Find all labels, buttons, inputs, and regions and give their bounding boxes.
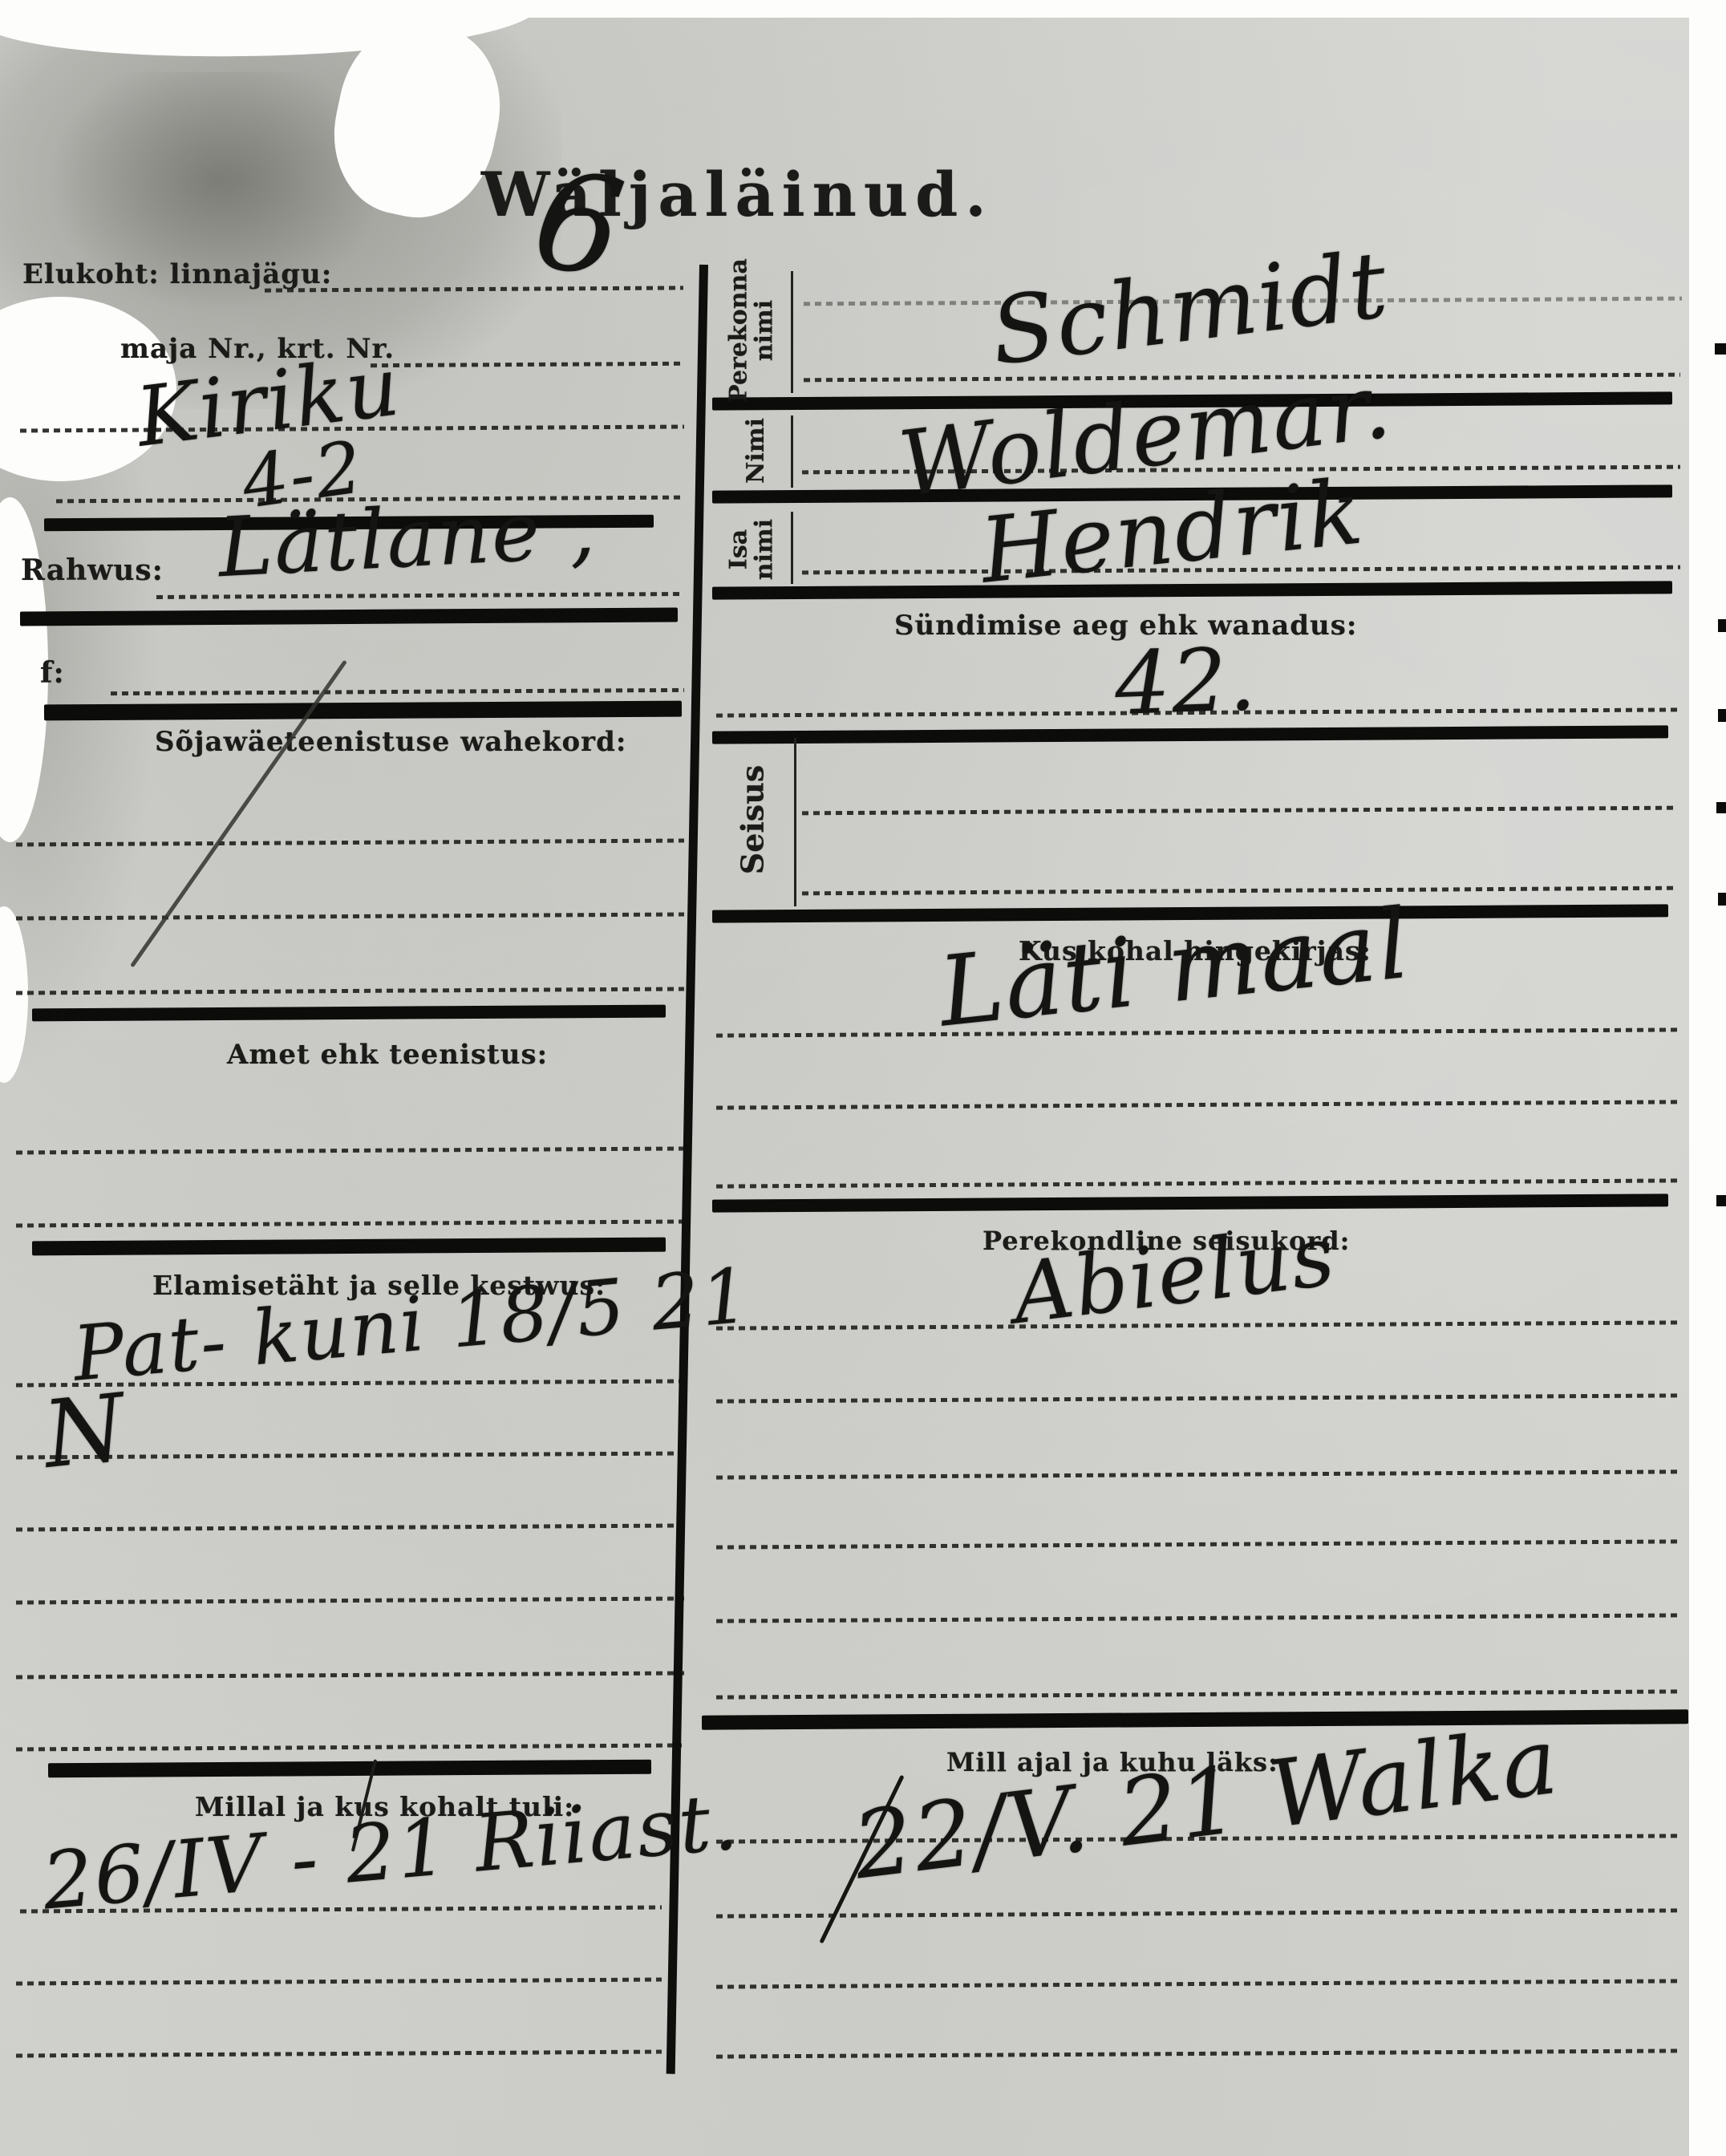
field-label-rule [791, 512, 793, 584]
family-name-label: Perekonna nimi [727, 258, 779, 403]
birth-age-value: 42. [1113, 630, 1259, 735]
writing-line [16, 1523, 684, 1531]
status-label: Seisus [735, 727, 768, 912]
section-bar [48, 1760, 651, 1778]
scan-edge-right [1689, 0, 1726, 2156]
writing-line [802, 806, 1676, 816]
occupation-label: Amet ehk teenistus: [227, 1039, 548, 1071]
writing-line [16, 2050, 662, 2058]
field-label-rule [791, 271, 793, 393]
field-label-rule [791, 415, 793, 488]
field-label-rule [794, 738, 796, 906]
writing-line [716, 1689, 1679, 1699]
first-name-label: Nimi [743, 403, 769, 499]
writing-line [16, 1219, 684, 1227]
departure-value: 22/V. 21 Walka [848, 1708, 1565, 1901]
writing-line [716, 1100, 1679, 1109]
scan-artifact [1716, 802, 1726, 813]
section-bar [32, 1005, 666, 1022]
writing-line [16, 1146, 684, 1154]
writing-line [716, 1979, 1679, 1988]
writing-line [111, 688, 684, 695]
scan-artifact [1716, 1195, 1726, 1206]
residence-label: Elukoht: linnajägu: [22, 258, 332, 290]
scan-artifact [1718, 893, 1726, 906]
writing-line [16, 1743, 682, 1751]
religion-label-fragment: f: [40, 656, 65, 690]
section-bar [20, 607, 678, 626]
writing-line [716, 1178, 1679, 1188]
scan-artifact [1715, 343, 1726, 355]
document-page: Wäljaläinud. 6 Elukoht: linnajägu: maja … [0, 0, 1726, 2156]
military-service-label: Sõjawäeteenistuse wahekord: [155, 726, 626, 758]
writing-line [16, 1978, 662, 1986]
writing-line [16, 1596, 684, 1604]
section-bar [44, 701, 682, 721]
nationality-label: Rahwus: [21, 553, 164, 587]
scan-artifact [1718, 709, 1726, 722]
scan-artifact [1718, 619, 1726, 632]
nationality-value: Lätlane , [216, 481, 598, 597]
writing-line [716, 1469, 1679, 1479]
residence-permit-value-2: N [38, 1374, 132, 1489]
section-bar [32, 1238, 666, 1256]
writing-line [716, 1539, 1679, 1549]
writing-line [716, 1027, 1679, 1037]
writing-line [716, 2049, 1679, 2058]
section-bar [712, 1193, 1668, 1212]
writing-line [802, 886, 1676, 896]
writing-line [716, 1908, 1679, 1918]
writing-line [716, 1393, 1679, 1403]
writing-line [16, 1671, 684, 1679]
writing-line [716, 1320, 1679, 1330]
writing-line [716, 1613, 1679, 1623]
section-bar [712, 581, 1672, 599]
father-name-label: Isa nimi [727, 501, 779, 598]
